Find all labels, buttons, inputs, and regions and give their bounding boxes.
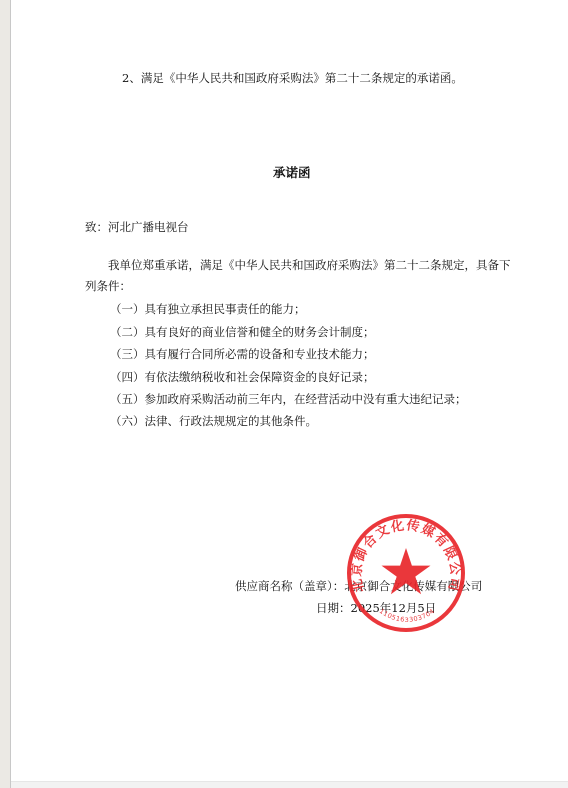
date-line: 日期：2025年12月5日: [316, 600, 436, 616]
condition-item-4: （四）有依法缴纳税收和社会保障资金的良好记录；: [110, 369, 375, 385]
condition-item-3: （三）具有履行合同所必需的设备和专业技术能力；: [110, 346, 375, 362]
page-title: 承诺函: [273, 165, 311, 181]
condition-item-1: （一）具有独立承担民事责任的能力；: [110, 301, 306, 317]
document-page: 2、满足《中华人民共和国政府采购法》第二十二条规定的承诺函。 承诺函 致：河北广…: [11, 0, 568, 782]
condition-item-5: （五）参加政府采购活动前三年内，在经营活动中没有重大违纪记录；: [110, 391, 467, 407]
body-paragraph-line-1: 我单位郑重承诺，满足《中华人民共和国政府采购法》第二十二条规定，具备下: [108, 257, 511, 273]
intro-line: 2、满足《中华人民共和国政府采购法》第二十二条规定的承诺函。: [122, 70, 463, 86]
condition-item-2: （二）具有良好的商业信誉和健全的财务会计制度；: [110, 324, 375, 340]
left-gutter: [0, 0, 11, 788]
addressee: 致：河北广播电视台: [85, 219, 189, 235]
body-paragraph-line-2: 列条件：: [85, 278, 131, 294]
document-viewer: 2、满足《中华人民共和国政府采购法》第二十二条规定的承诺函。 承诺函 致：河北广…: [0, 0, 568, 788]
supplier-name-line: 供应商名称（盖章）：北京御合文化传媒有限公司: [235, 578, 482, 594]
condition-item-6: （六）法律、行政法规规定的其他条件。: [110, 413, 317, 429]
